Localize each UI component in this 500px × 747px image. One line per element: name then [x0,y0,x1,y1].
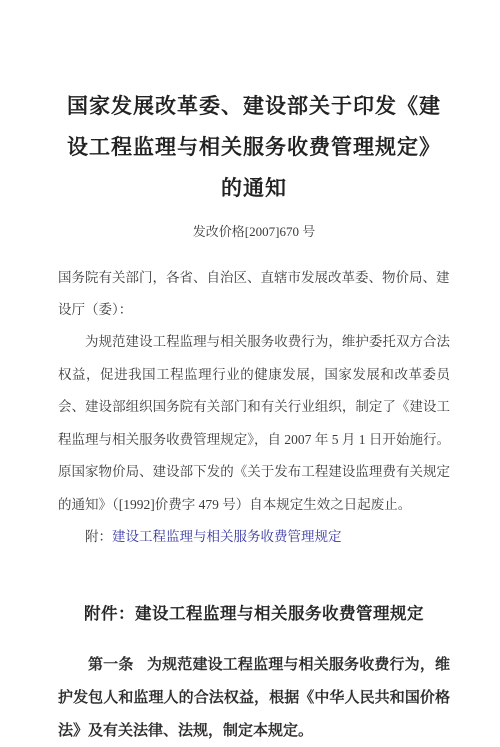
page-title: 国家发展改革委、建设部关于印发《建设工程监理与相关服务收费管理规定》的通知 [58,86,450,209]
body-paragraph: 为规范建设工程监理与相关服务收费行为，维护委托双方合法权益，促进我国工程监理行业… [58,326,450,521]
doc-number: 发改价格[2007]670 号 [58,221,450,240]
article-paragraph: 第一条为规范建设工程监理与相关服务收费行为，维护发包人和监理人的合法权益，根据《… [58,648,450,747]
attachment-prefix: 附： [85,529,112,544]
attachment-link[interactable]: 建设工程监理与相关服务收费管理规定 [112,529,342,544]
article-label: 第一条 [88,656,133,673]
appendix-heading: 附件：建设工程监理与相关服务收费管理规定 [58,600,450,624]
document-page: 国家发展改革委、建设部关于印发《建设工程监理与相关服务收费管理规定》的通知 发改… [0,0,500,707]
attachment-line: 附：建设工程监理与相关服务收费管理规定 [58,521,450,554]
salutation: 国务院有关部门，各省、自治区、直辖市发展改革委、物价局、建设厅（委）： [58,262,450,326]
